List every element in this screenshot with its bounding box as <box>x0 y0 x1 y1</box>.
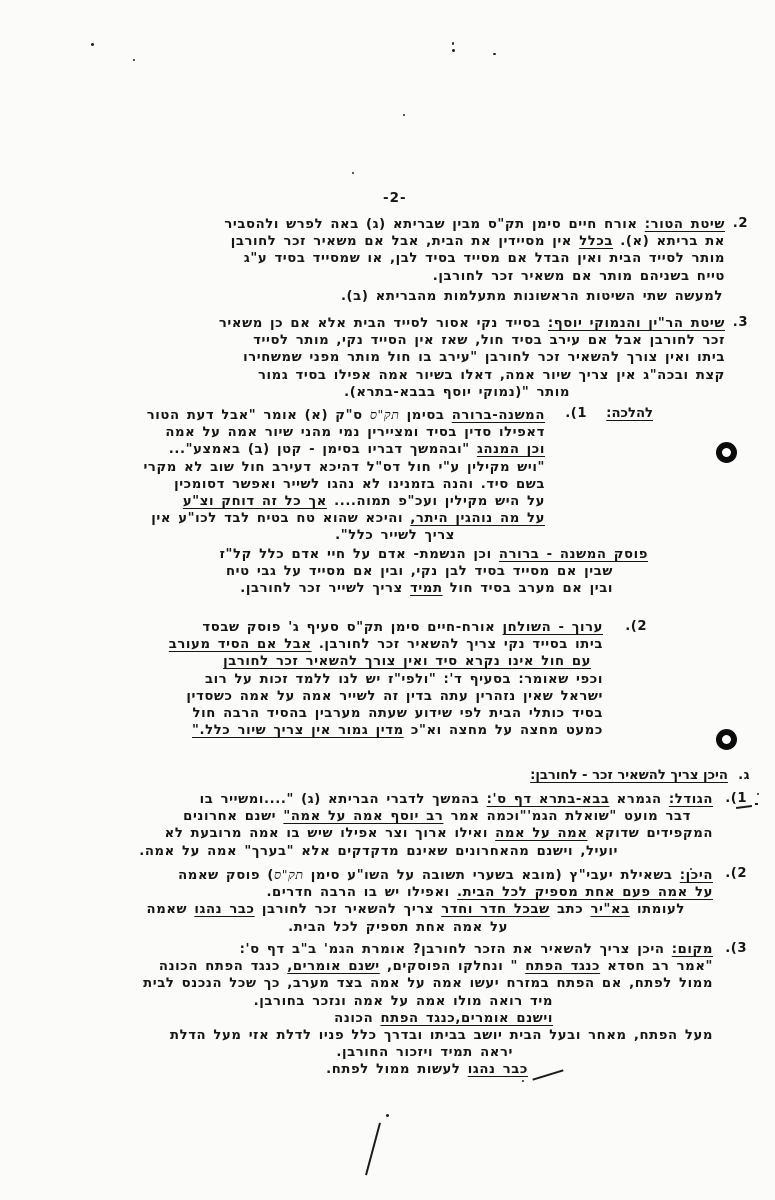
pen-dot-right-margin <box>755 803 758 805</box>
lehalacha-label: להלכה: <box>606 406 653 421</box>
section-gimel-heading-text: היכן צריך להשאיר זכר - לחורבן: <box>530 768 728 783</box>
scan-speck <box>452 42 454 45</box>
scanned-document-page: -2- 2. שיטת הטור: אורח חיים סימן תק"ס מב… <box>0 0 775 1200</box>
gimel-item-number-3: 3). <box>725 941 747 956</box>
pen-squiggle-right-margin <box>736 805 752 809</box>
gimel-item-number-1: 1). <box>725 791 747 806</box>
paragraph-makom: מקום: היכן צריך להשאיר את הזכר לחורבן? א… <box>143 941 713 1079</box>
scan-speck <box>91 43 94 46</box>
hole-ring-mark-top <box>716 442 737 463</box>
sub-item-number-1: 1). <box>565 406 587 421</box>
paragraph-mishna-berura: המשנה-ברורה בסימן תק"ס ס"ק (א) אומר "אבל… <box>143 406 545 545</box>
scan-speck <box>133 59 135 61</box>
scan-speck <box>352 172 354 174</box>
scan-speck <box>403 114 405 116</box>
paragraph-shitat-hatur: שיטת הטור: אורח חיים סימן תק"ס מבין שברי… <box>224 216 725 285</box>
scan-speck <box>386 1114 389 1117</box>
scan-speck <box>690 868 692 870</box>
paragraph-lemaaseh: למעשה שתי השיטות הראשונות מתעלמות מהברית… <box>341 288 723 305</box>
paragraph-shitat-haran: שיטת הר"ין והנמוקי יוסף: בסייד נקי אסור … <box>219 315 725 401</box>
scan-speck <box>757 793 759 795</box>
section-gimel-letter: ג. <box>738 768 750 783</box>
hole-ring-mark-bottom <box>716 729 737 750</box>
page-number: -2- <box>383 190 407 206</box>
item-number-2: 2. <box>733 216 748 231</box>
scan-speck <box>493 53 496 55</box>
section-gimel-heading: היכן צריך להשאיר זכר - לחורבן: <box>530 768 728 783</box>
gimel-item-number-2: 2). <box>725 866 747 881</box>
paragraph-hagodel: הגודל: הגמרא בבא-בתרא דף ס': בהמשך לדברי… <box>139 791 713 860</box>
paragraph-heichan: היכן: בשאילת יעבי"ץ (מובא בשערי תשובה על… <box>147 866 713 936</box>
paragraph-aruch-hashulchan: ערוך - השולחן אורח-חיים סימן תק"ס סעיף ג… <box>169 619 603 739</box>
paragraph-posek-summary: פוסק המשנה - ברורה וכן הנשמת- אדם על חיי… <box>220 546 648 598</box>
item-number-3: 3. <box>733 315 748 330</box>
pen-slash-long <box>365 1123 381 1176</box>
sub-item-number-2: 2). <box>625 619 647 634</box>
scan-speck <box>522 1080 524 1082</box>
scan-speck <box>452 49 455 52</box>
